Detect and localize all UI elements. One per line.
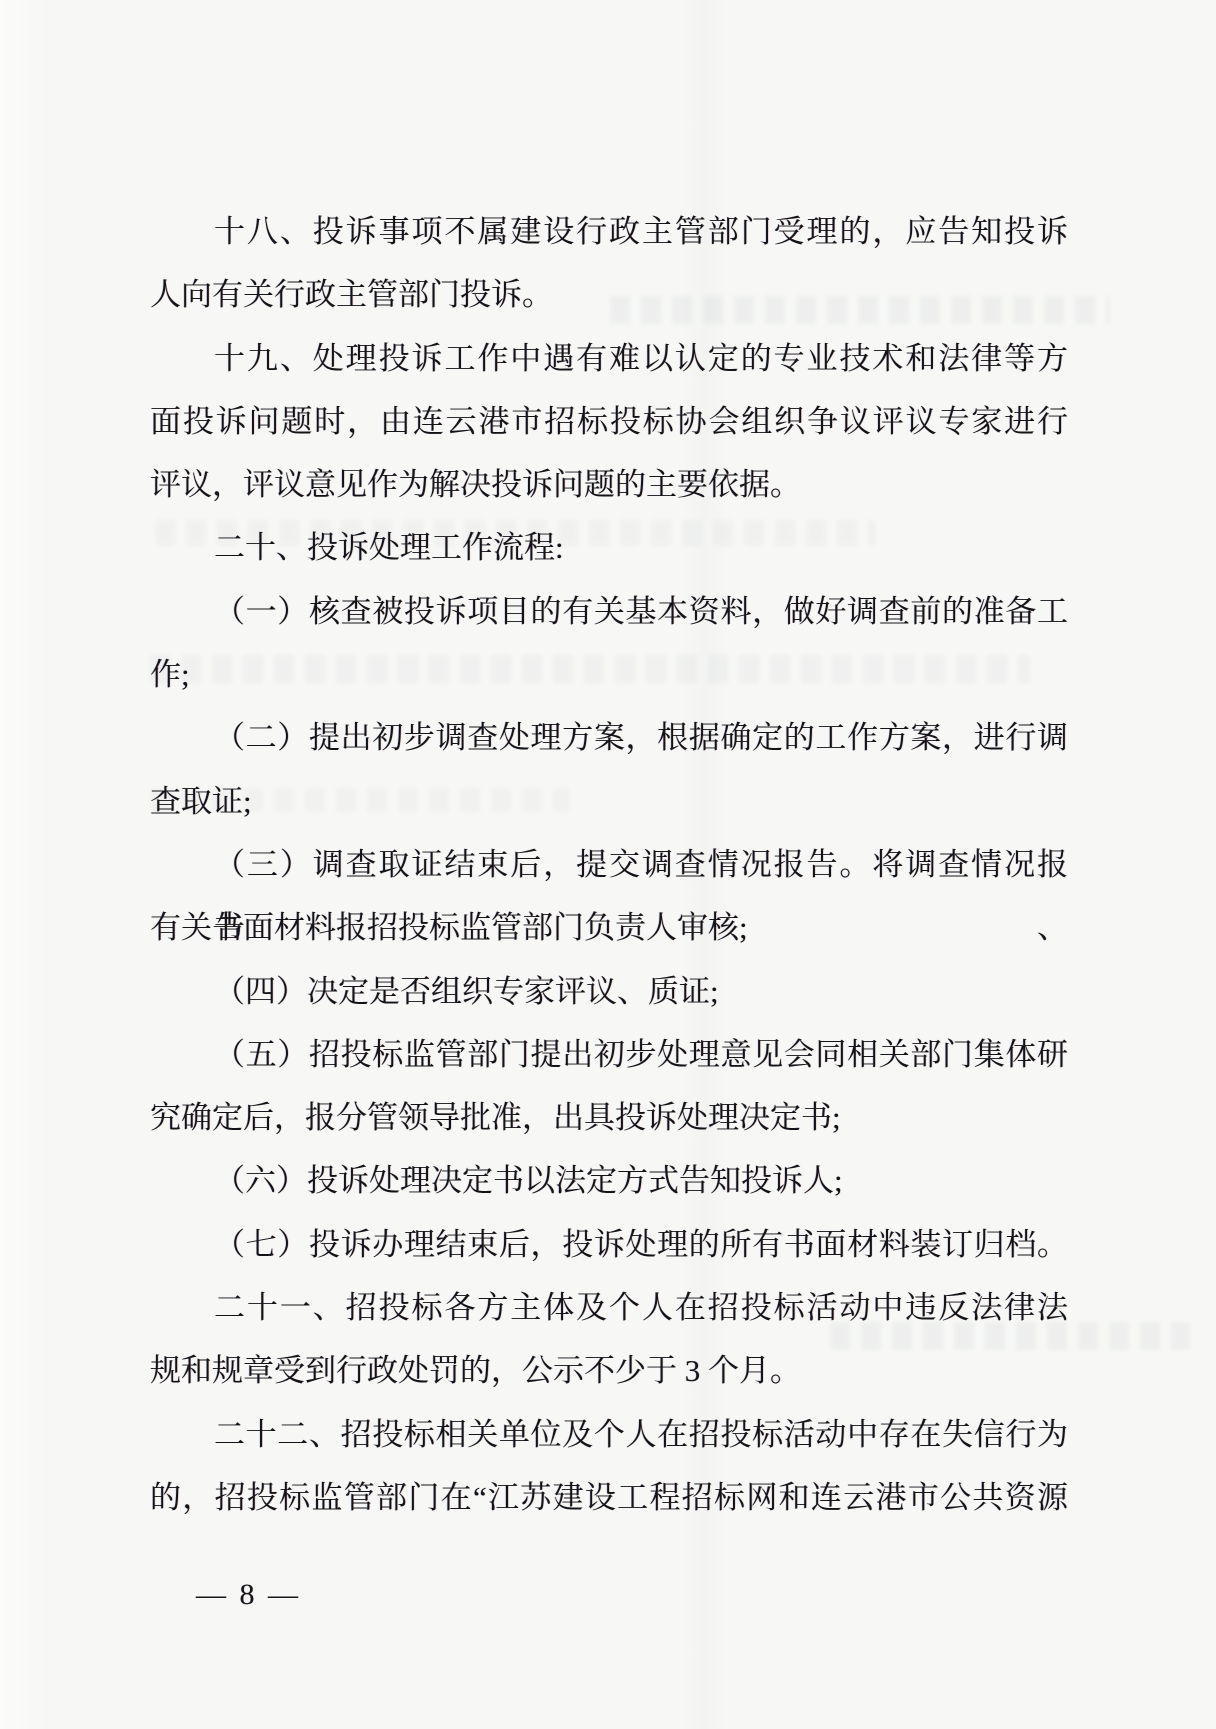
- text-line: 规和规章受到行政处罚的，公示不少于 3 个月。: [150, 1339, 1068, 1402]
- text-line: 面投诉问题时，由连云港市招标投标协会组织争议评议专家进行: [150, 390, 1068, 453]
- text-line: （二）提出初步调查处理方案，根据确定的工作方案，进行调: [150, 706, 1068, 769]
- text-line: 作;: [150, 643, 1068, 706]
- text-line: （一）核查被投诉项目的有关基本资料，做好调查前的准备工: [150, 580, 1068, 643]
- page-number: — 8 —: [196, 1578, 301, 1612]
- text-line: 人向有关行政主管部门投诉。: [150, 263, 1068, 326]
- text-line: （七）投诉办理结束后，投诉处理的所有书面材料装订归档。: [150, 1213, 1068, 1276]
- text-line: 二十二、招投标相关单位及个人在招投标活动中存在失信行为: [150, 1403, 1068, 1466]
- text-line: （四）决定是否组织专家评议、质证;: [150, 960, 1068, 1023]
- text-line: （六）投诉处理决定书以法定方式告知投诉人;: [150, 1149, 1068, 1212]
- text-line: （三）调查取证结束后，提交调查情况报告。将调查情况报告、: [150, 833, 1068, 896]
- text-line: 的，招投标监管部门在“江苏建设工程招标网和连云港市公共资源: [150, 1466, 1068, 1529]
- text-line: 评议，评议意见作为解决投诉问题的主要依据。: [150, 453, 1068, 516]
- text-line: 查取证;: [150, 770, 1068, 833]
- text-line: 二十一、招投标各方主体及个人在招投标活动中违反法律法: [150, 1276, 1068, 1339]
- text-line: 究确定后，报分管领导批准，出具投诉处理决定书;: [150, 1086, 1068, 1149]
- text-line: 十八、投诉事项不属建设行政主管部门受理的，应告知投诉: [150, 200, 1068, 263]
- text-line: 十九、处理投诉工作中遇有难以认定的专业技术和法律等方: [150, 327, 1068, 390]
- document-body: 十八、投诉事项不属建设行政主管部门受理的，应告知投诉人向有关行政主管部门投诉。十…: [150, 200, 1068, 1529]
- document-page: 十八、投诉事项不属建设行政主管部门受理的，应告知投诉人向有关行政主管部门投诉。十…: [0, 0, 1216, 1729]
- text-line: 二十、投诉处理工作流程:: [150, 516, 1068, 579]
- text-line: （五）招投标监管部门提出初步处理意见会同相关部门集体研: [150, 1023, 1068, 1086]
